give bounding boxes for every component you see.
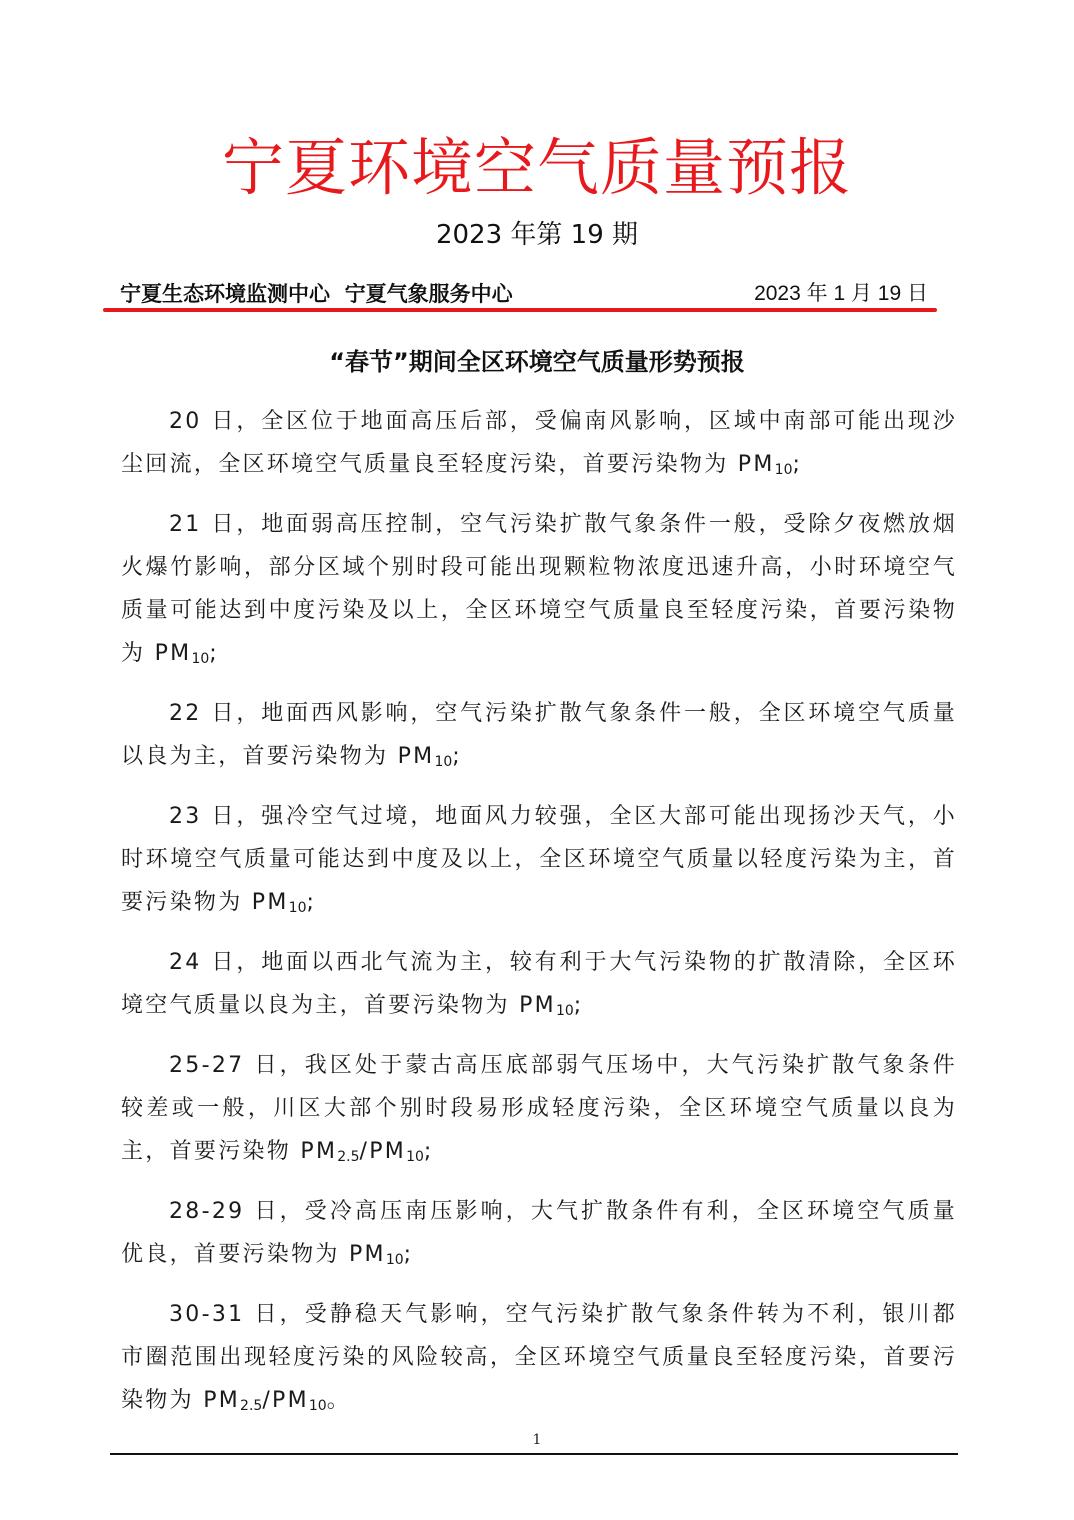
document-title: 宁夏环境空气质量预报	[0, 128, 1074, 208]
pollutant-subscript: 10	[556, 1003, 574, 1019]
forecast-paragraph: 21 日，地面弱高压控制，空气污染扩散气象条件一般，受除夕夜燃放烟火爆竹影响，部…	[121, 503, 957, 681]
paragraph-date: 22 日，	[169, 701, 261, 726]
paragraph-date: 25-27 日，	[169, 1053, 305, 1078]
punctuation: ;	[452, 744, 462, 769]
paragraph-date: 28-29 日，	[169, 1199, 305, 1224]
forecast-paragraph: 22 日，地面西风影响，空气污染扩散气象条件一般，全区环境空气质量以良为主，首要…	[121, 692, 957, 784]
pollutant-subscript: 10	[386, 1252, 404, 1268]
publishing-organizations: 宁夏生态环境监测中心 宁夏气象服务中心	[120, 279, 513, 309]
forecast-body: 20 日，全区位于地面高压后部，受偏南风影响，区域中南部可能出现沙尘回流，全区环…	[121, 400, 957, 1439]
punctuation: ;	[574, 993, 584, 1018]
pollutant-separator: /PM	[360, 1139, 407, 1164]
pollutant-subscript: 2.5	[240, 1398, 262, 1414]
page-number: 1	[0, 1432, 1074, 1448]
paragraph-date: 21 日，	[169, 512, 261, 537]
forecast-paragraph: 25-27 日，我区处于蒙古高压底部弱气压场中，大气污染扩散气象条件较差或一般，…	[121, 1044, 957, 1179]
pollutant-subscript: 10	[434, 754, 452, 770]
punctuation: ;	[424, 1139, 434, 1164]
forecast-paragraph: 20 日，全区位于地面高压后部，受偏南风影响，区域中南部可能出现沙尘回流，全区环…	[121, 400, 957, 492]
pollutant-subscript: 10	[289, 900, 307, 916]
pollutant-separator: /PM	[262, 1388, 309, 1413]
paragraph-date: 20 日，	[169, 409, 261, 434]
pollutant-subscript: 10	[309, 1398, 327, 1414]
punctuation: ;	[306, 890, 316, 915]
publish-date: 2023 年 1 月 19 日	[754, 279, 928, 309]
publisher-row: 宁夏生态环境监测中心 宁夏气象服务中心 2023 年 1 月 19 日	[120, 279, 928, 309]
forecast-paragraph: 24 日，地面以西北气流为主，较有利于大气污染物的扩散清除，全区环境空气质量以良…	[121, 941, 957, 1033]
forecast-paragraph: 30-31 日，受静稳天气影响，空气污染扩散气象条件转为不利，银川都市圈范围出现…	[121, 1293, 957, 1428]
red-header-rule	[103, 308, 937, 312]
pollutant-subscript: 2.5	[337, 1149, 359, 1165]
punctuation: ;	[792, 452, 802, 477]
section-title: “春节”期间全区环境空气质量形势预报	[0, 344, 1074, 380]
punctuation: 。	[327, 1388, 351, 1413]
issue-number: 2023 年第 19 期	[0, 215, 1074, 255]
forecast-paragraph: 23 日，强冷空气过境，地面风力较强，全区大部可能出现扬沙天气，小时环境空气质量…	[121, 795, 957, 930]
pollutant-subscript: 10	[191, 651, 209, 667]
pollutant-subscript: 10	[775, 462, 793, 478]
punctuation: ;	[404, 1242, 414, 1267]
forecast-paragraph: 28-29 日，受冷高压南压影响，大气扩散条件有利，全区环境空气质量优良，首要污…	[121, 1190, 957, 1282]
paragraph-date: 24 日，	[169, 950, 261, 975]
footer-rule	[110, 1453, 958, 1455]
paragraph-date: 23 日，	[169, 804, 261, 829]
paragraph-date: 30-31 日，	[169, 1302, 305, 1327]
pollutant-subscript: 10	[406, 1149, 424, 1165]
punctuation: ;	[209, 641, 219, 666]
